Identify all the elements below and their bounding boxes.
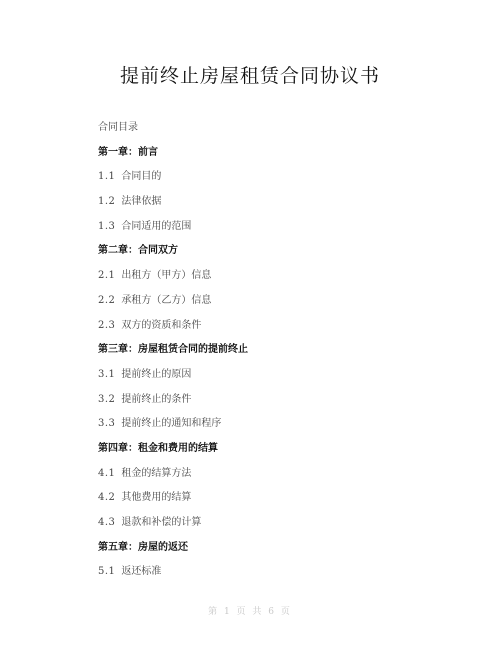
toc-item-text: 提前终止的原因	[121, 369, 191, 380]
toc-item-number: 2.1	[98, 264, 115, 289]
toc-item-number: 5.1	[98, 560, 115, 585]
toc-chapter-heading: 第一章：前言	[98, 141, 418, 166]
toc-item: 1.3合同适用的范围	[98, 215, 418, 240]
toc-chapter-text: 第一章：前言	[98, 147, 158, 158]
toc-item-text: 租金的结算方法	[121, 468, 191, 479]
toc-chapter-heading: 第四章：租金和费用的结算	[98, 437, 418, 462]
toc-item-text: 返还标准	[121, 566, 161, 577]
toc-item-number: 2.2	[98, 289, 115, 314]
toc-chapter-text: 第五章：房屋的返还	[98, 542, 188, 553]
toc-item: 2.3双方的资质和条件	[98, 314, 418, 339]
toc-item-text: 其他费用的结算	[121, 492, 191, 503]
toc-item-number: 4.2	[98, 486, 115, 511]
toc-entries: 第一章：前言1.1合同目的1.2法律依据1.3合同适用的范围第二章：合同双方2.…	[98, 141, 418, 585]
toc-chapter-text: 第二章：合同双方	[98, 245, 178, 256]
toc-item-text: 合同目的	[121, 171, 161, 182]
document-title: 提前终止房屋租赁合同协议书	[0, 61, 500, 88]
toc-item-number: 4.3	[98, 511, 115, 536]
toc-item-number: 3.1	[98, 363, 115, 388]
toc-item-text: 提前终止的条件	[121, 394, 191, 405]
toc-item-text: 承租方（乙方）信息	[121, 295, 211, 306]
toc-chapter-text: 第四章：租金和费用的结算	[98, 443, 218, 454]
toc-item: 1.1合同目的	[98, 165, 418, 190]
table-of-contents: 合同目录 第一章：前言1.1合同目的1.2法律依据1.3合同适用的范围第二章：合…	[98, 116, 418, 585]
toc-item: 1.2法律依据	[98, 190, 418, 215]
toc-label: 合同目录	[98, 116, 418, 141]
toc-item-text: 退款和补偿的计算	[121, 517, 201, 528]
document-page: 提前终止房屋租赁合同协议书 合同目录 第一章：前言1.1合同目的1.2法律依据1…	[0, 0, 500, 647]
toc-chapter-heading: 第二章：合同双方	[98, 239, 418, 264]
toc-item: 3.2提前终止的条件	[98, 388, 418, 413]
toc-item: 2.1出租方（甲方）信息	[98, 264, 418, 289]
page-footer: 第 1 页 共 6 页	[0, 604, 500, 617]
toc-item-number: 3.2	[98, 388, 115, 413]
toc-item-text: 法律依据	[121, 196, 161, 207]
toc-item-text: 双方的资质和条件	[121, 320, 201, 331]
toc-item: 4.3退款和补偿的计算	[98, 511, 418, 536]
toc-item: 2.2承租方（乙方）信息	[98, 289, 418, 314]
toc-item-number: 1.1	[98, 165, 115, 190]
toc-item-text: 出租方（甲方）信息	[121, 270, 211, 281]
toc-chapter-heading: 第三章：房屋租赁合同的提前终止	[98, 338, 418, 363]
toc-chapter-heading: 第五章：房屋的返还	[98, 536, 418, 561]
toc-item-number: 1.3	[98, 215, 115, 240]
toc-item: 4.1租金的结算方法	[98, 462, 418, 487]
toc-chapter-text: 第三章：房屋租赁合同的提前终止	[98, 344, 248, 355]
toc-item-number: 2.3	[98, 314, 115, 339]
toc-item-number: 1.2	[98, 190, 115, 215]
toc-item-text: 提前终止的通知和程序	[121, 418, 221, 429]
toc-item-number: 4.1	[98, 462, 115, 487]
toc-item: 3.1提前终止的原因	[98, 363, 418, 388]
toc-item: 3.3提前终止的通知和程序	[98, 412, 418, 437]
toc-item-text: 合同适用的范围	[121, 221, 191, 232]
toc-item: 5.1返还标准	[98, 560, 418, 585]
toc-item: 4.2其他费用的结算	[98, 486, 418, 511]
toc-item-number: 3.3	[98, 412, 115, 437]
